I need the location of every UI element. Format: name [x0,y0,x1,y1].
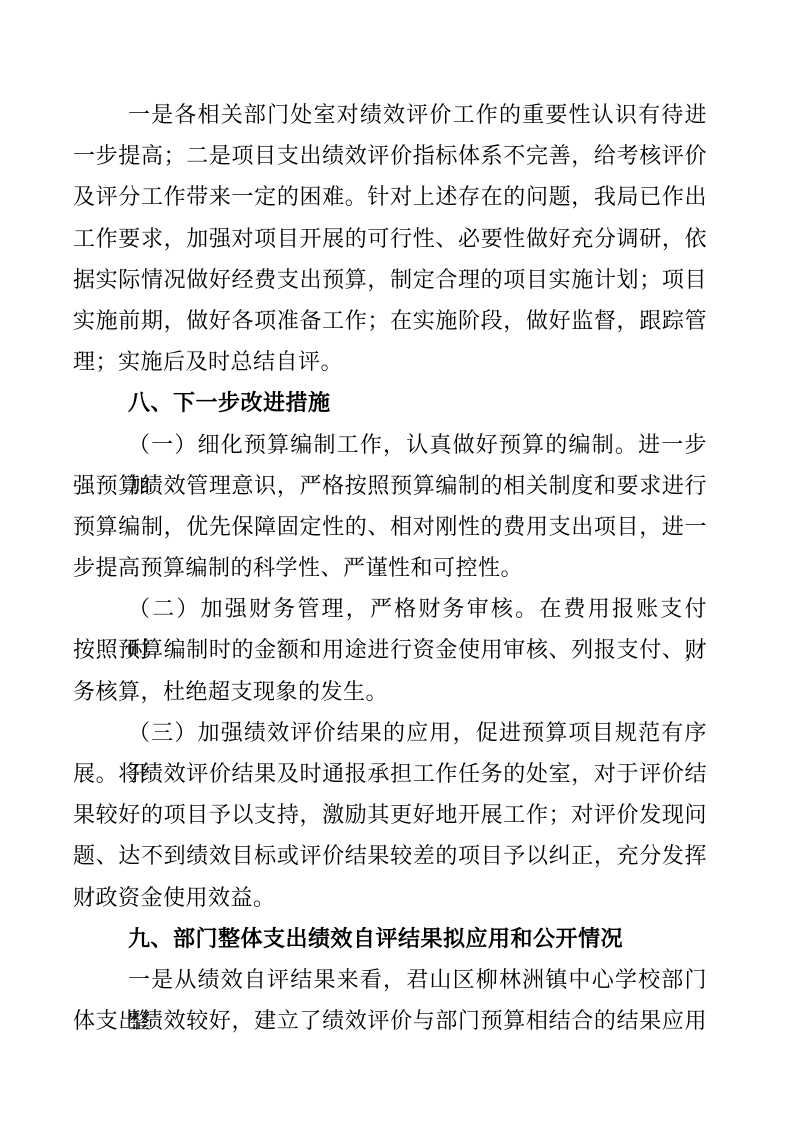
paragraph-line: 一步提高；二是项目支出绩效评价指标体系不完善，给考核评价 [73,135,707,176]
paragraph-line: 实施前期，做好各项准备工作；在实施阶段，做好监督，跟踪管 [73,300,707,341]
paragraph-line: 务核算，杜绝超支现象的发生。 [73,671,707,712]
paragraph-line: （三）加强绩效评价结果的应用，促进预算项目规范有序开 [73,712,707,753]
paragraph-line: （一）细化预算编制工作，认真做好预算的编制。进一步加 [73,424,707,465]
paragraph-line: 体支出绩效较好，建立了绩效评价与部门预算相结合的结果应用 [73,1000,707,1041]
section-heading: 九、部门整体支出绩效自评结果拟应用和公开情况 [73,918,707,959]
paragraph-line: 财政资金使用效益。 [73,877,707,918]
paragraph-line: 工作要求，加强对项目开展的可行性、必要性做好充分调研，依 [73,218,707,259]
paragraph-line: 一是从绩效自评结果来看，君山区柳林洲镇中心学校部门整 [73,959,707,1000]
paragraph-line: 果较好的项目予以支持，激励其更好地开展工作；对评价发现问 [73,794,707,835]
paragraph-line: 强预算绩效管理意识，严格按照预算编制的相关制度和要求进行 [73,465,707,506]
document-page: 一是各相关部门处室对绩效评价工作的重要性认识有待进 一步提高；二是项目支出绩效评… [0,0,793,1122]
document-body: 一是各相关部门处室对绩效评价工作的重要性认识有待进 一步提高；二是项目支出绩效评… [73,94,707,1041]
paragraph-line: 按照预算编制时的金额和用途进行资金使用审核、列报支付、财 [73,629,707,670]
paragraph-line: 预算编制，优先保障固定性的、相对刚性的费用支出项目，进一 [73,506,707,547]
section-heading: 八、下一步改进措施 [73,382,707,423]
paragraph-line: （二）加强财务管理，严格财务审核。在费用报账支付时， [73,588,707,629]
paragraph-line: 步提高预算编制的科学性、严谨性和可控性。 [73,547,707,588]
paragraph-line: 一是各相关部门处室对绩效评价工作的重要性认识有待进 [73,94,707,135]
paragraph-line: 理；实施后及时总结自评。 [73,341,707,382]
paragraph-line: 展。将绩效评价结果及时通报承担工作任务的处室，对于评价结 [73,753,707,794]
paragraph-line: 题、达不到绩效目标或评价结果较差的项目予以纠正，充分发挥 [73,835,707,876]
paragraph-line: 及评分工作带来一定的困难。针对上述存在的问题，我局已作出 [73,176,707,217]
paragraph-line: 据实际情况做好经费支出预算，制定合理的项目实施计划；项目 [73,259,707,300]
